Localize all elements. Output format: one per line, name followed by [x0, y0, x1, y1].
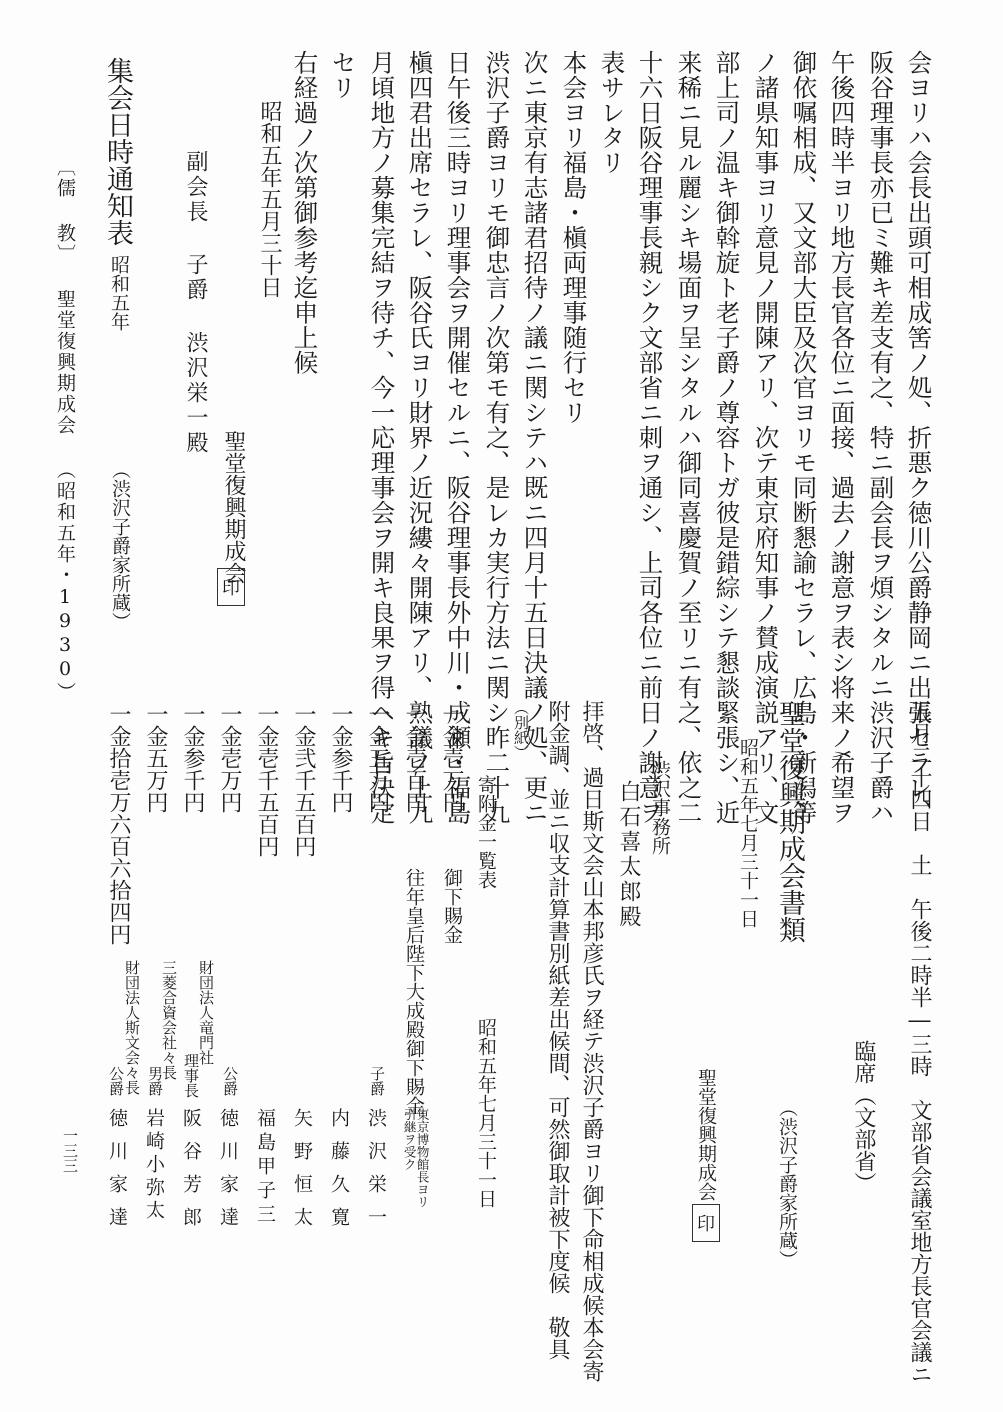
letter-line: 拝啓、過日斯文会山本邦彦氏ヲ経テ渋沢子爵ヨリ御下命相成候本会寄 — [580, 700, 602, 1382]
donor-name: 徳川家達 — [107, 1108, 126, 1240]
document-title: 聖堂復興期成会書類 — [776, 700, 803, 943]
letter-column: 来稀ニ見ル麗シキ場面ヲ呈シタルハ御同喜慶賀ノ至リニ有之、依之二 — [676, 50, 701, 825]
donor-name: 福島甲子三 — [255, 1108, 274, 1228]
donation-amount: 一金参千円 — [181, 703, 203, 813]
donation-amount: 一金拾壱万六百六拾四円 — [107, 703, 129, 945]
donation-amount: 一金壱万円 — [440, 703, 462, 813]
attachment-label: （別紙） — [513, 700, 528, 760]
donor-title: 公爵 — [108, 1066, 123, 1096]
donor-organization: 財団法人竜門社 — [198, 960, 213, 1065]
letter-column: 右経過ノ次第御参考迄申上候 — [292, 50, 317, 375]
donation-subnote: 東京博物館長ヨリ — [416, 1108, 429, 1208]
donation-amount: 一金壱百円 — [403, 703, 425, 813]
seal-stamp: 印 — [692, 1204, 720, 1242]
document-sender: 聖堂復興期成会 — [696, 1068, 715, 1201]
letter-column: 表サレタリ — [599, 50, 624, 175]
citation-header: 〔儒 教〕 聖堂復興期成会 （昭和五年・1930） — [55, 157, 74, 703]
donation-note: 御下賜金 — [442, 868, 461, 944]
letter-column: 本会ヨリ福島・槇両理事随行セリ — [561, 50, 586, 425]
document-addressee: 白石喜太郎殿 — [617, 780, 639, 930]
office-name: 渋沢事務所 — [650, 760, 669, 855]
donation-subnote: 引継ヲ受ク — [403, 1108, 416, 1171]
meeting-line: 五月二十四日 土 午後二時半―三時 文部省会議室地方長官会議ニ — [908, 700, 930, 1385]
letter-column: セリ — [330, 50, 355, 100]
letter-date: 昭和五年五月三十日 — [258, 100, 280, 298]
donor-name: 阪谷芳郎 — [181, 1108, 200, 1240]
donation-amount: 一金五万円 — [366, 703, 388, 813]
donation-list-title: 寄附金一覧表 — [476, 775, 495, 889]
donor-name: 徳川家達 — [218, 1108, 237, 1240]
donation-amount: 一金参千円 — [329, 703, 351, 813]
donor-name: 岩崎小弥太 — [144, 1108, 163, 1223]
donation-amount: 一金弐千五百円 — [292, 703, 314, 857]
donor-name: 渋沢栄一 — [366, 1108, 385, 1240]
letter-addressee: 副会長 子爵 渋沢栄一殿 — [184, 150, 206, 456]
donation-amount: 一金五万円 — [144, 703, 166, 813]
letter-column: 阪谷理事長亦已ミ難キ差支有之、特ニ副会長ヲ煩シタルニ渋沢子爵ハ — [868, 50, 893, 825]
document-date: 昭和五年七月三十一日 — [738, 738, 757, 928]
donor-name: 内藤久寛 — [329, 1108, 348, 1240]
letter-sender: 聖堂復興期成会 — [222, 430, 244, 584]
donor-organization: 財団法人斯文会々長 — [124, 960, 139, 1095]
source-note: （渋沢子爵家所蔵） — [110, 460, 129, 631]
letter-column: 渋沢子爵ヨリモ御忠言ノ次第モ有之、是レカ実行方法ニ関シ昨二十九 — [484, 50, 509, 825]
donation-list-date: 昭和五年七月三十一日 — [476, 1018, 495, 1208]
donor-name: 矢野恒太 — [292, 1108, 311, 1240]
donor-organization: 三菱合資会社々長 — [161, 960, 176, 1080]
document-page: 会ヨリハ会長出頭可相成筈ノ処、折悪ク徳川公爵静岡ニ出張セラレ、 阪谷理事長亦已ミ… — [0, 0, 1003, 1412]
meeting-attendance: 臨席（文部省） — [852, 1040, 874, 1194]
donor-title: 男爵 — [147, 1066, 162, 1096]
source-note: （渋沢子爵家所蔵） — [777, 1098, 796, 1269]
notice-title: 集会日時通知表 — [104, 57, 131, 246]
letter-column: 十六日阪谷理事長親シク文部省ニ刺ヲ通シ、上司各位ニ前日ノ謝意ヲ — [637, 50, 662, 825]
donor-title: 理事長 — [183, 1053, 198, 1098]
seal-icon: 印 — [222, 574, 240, 600]
seal-icon: 印 — [697, 1210, 715, 1236]
letter-column: 部上司ノ温キ御斡旋ト老子爵ノ尊容トガ彼是錯綜シテ懇談緊張シ、近 — [714, 50, 739, 825]
donation-amount: 一金壱万円 — [218, 703, 240, 813]
donor-title: 公爵 — [222, 1066, 237, 1096]
donation-note: 往年皇后陛下大成殿御下賜金 — [404, 868, 423, 1115]
notice-year: 昭和五年 — [109, 255, 128, 331]
donor-title: 子爵 — [369, 1066, 384, 1096]
letter-column: 午後四時半ヨリ地方長官各位ニ面接、過去ノ謝意ヲ表シ将来ノ希望ヲ — [829, 50, 854, 825]
donation-amount: 一金壱千五百円 — [255, 703, 277, 857]
letter-line: 附金調、並ニ収支計算書別紙差出候間、可然御取計被下度候 敬具 — [546, 700, 568, 1360]
page-number: 一三三 — [62, 1128, 77, 1173]
seal-stamp: 印 — [217, 568, 245, 606]
